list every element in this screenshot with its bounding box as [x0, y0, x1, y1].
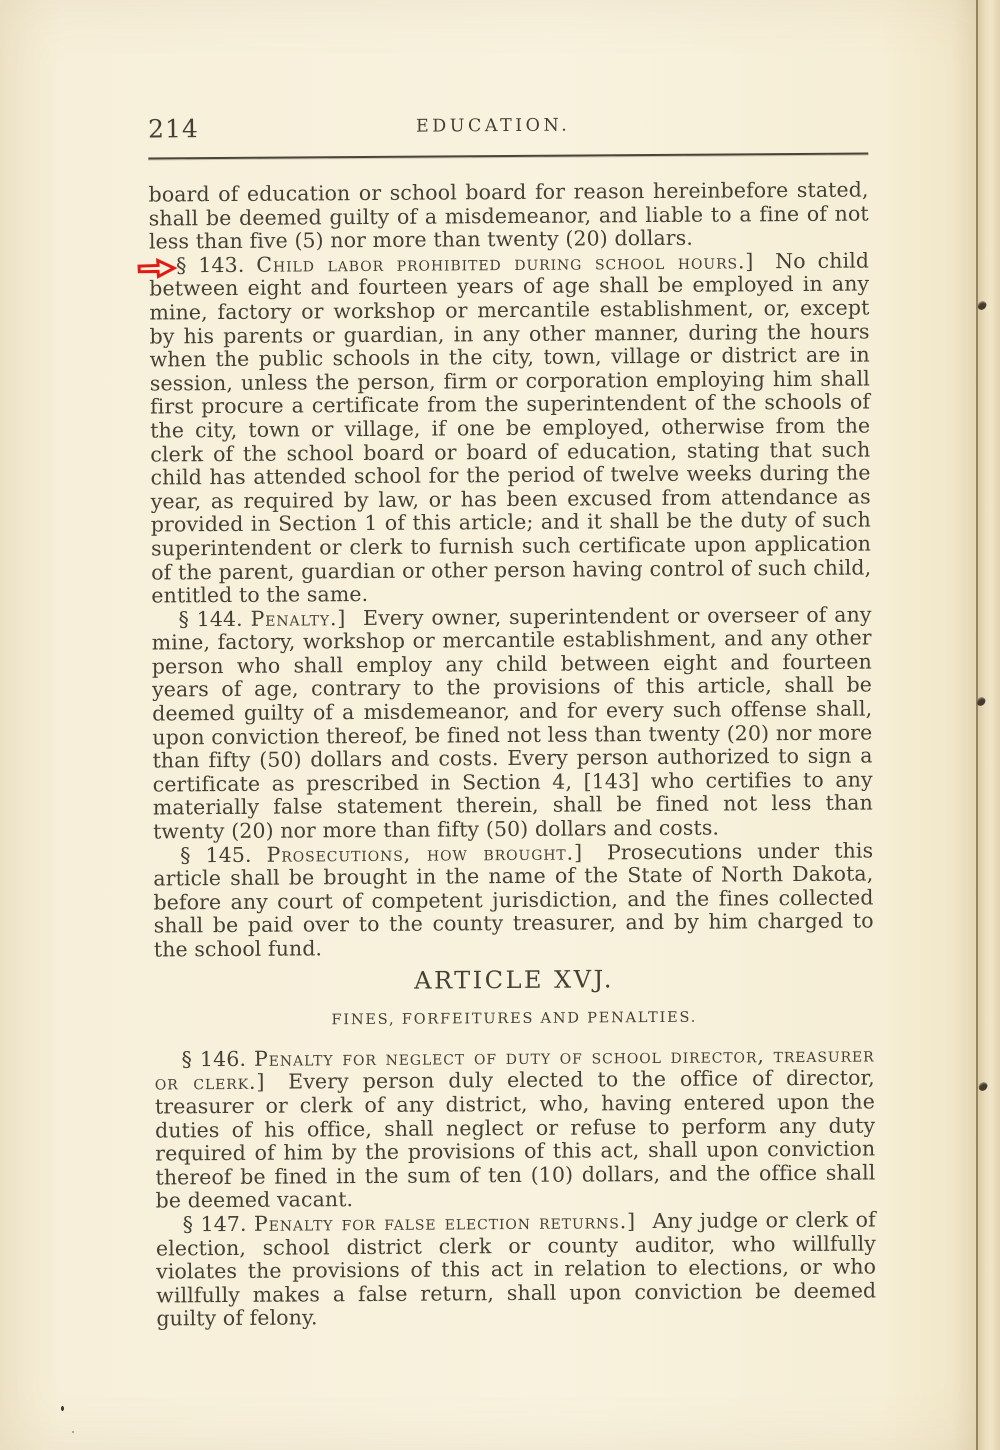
section-body: Every owner, superintendent or overseer … — [152, 602, 873, 843]
article-subheading: FINES, FORFEITURES AND PENALTIES. — [154, 1006, 874, 1035]
book-page-scan: 214 EDUCATION. board of education or sch… — [0, 0, 1000, 1450]
section-number: § 143. — [176, 253, 245, 277]
paper-speck — [72, 1431, 74, 1433]
section-number: § 144. — [178, 607, 242, 631]
body-text: board of education or school board for r… — [148, 178, 876, 1331]
running-head-row: 214 EDUCATION. — [148, 109, 868, 144]
page-edge-shadow — [952, 0, 978, 1450]
section-title: Penalty.] — [250, 606, 346, 631]
running-header: EDUCATION. — [148, 114, 838, 139]
page-edge-right — [976, 0, 1000, 1450]
header-rule — [148, 152, 868, 159]
section-number: § 145. — [180, 842, 252, 866]
section-147: § 147. Penalty for false election return… — [156, 1208, 877, 1331]
paper-speck — [61, 1406, 64, 1411]
page-content: 214 EDUCATION. board of education or sch… — [148, 109, 876, 1331]
section-title: Penalty for false election returns.] — [254, 1209, 636, 1236]
section-146: § 146. Penalty for neglect of duty of sc… — [155, 1043, 876, 1213]
section-title: Prosecutions, how brought.] — [266, 840, 583, 866]
section-body: No child between eight and fourteen year… — [149, 248, 871, 607]
article-heading: ARTICLE XVJ. — [154, 966, 874, 995]
section-144: § 144. Penalty.] Every owner, superinten… — [151, 603, 873, 844]
section-143: § 143. Child labor prohibited during sch… — [149, 249, 871, 608]
section-number: § 146. — [182, 1047, 247, 1071]
section-number: § 147. — [183, 1212, 247, 1236]
paragraph-continuation: board of education or school board for r… — [148, 178, 868, 254]
red-arrow-icon — [136, 257, 178, 279]
section-145: § 145. Prosecutions, how brought.] Prose… — [153, 839, 874, 962]
